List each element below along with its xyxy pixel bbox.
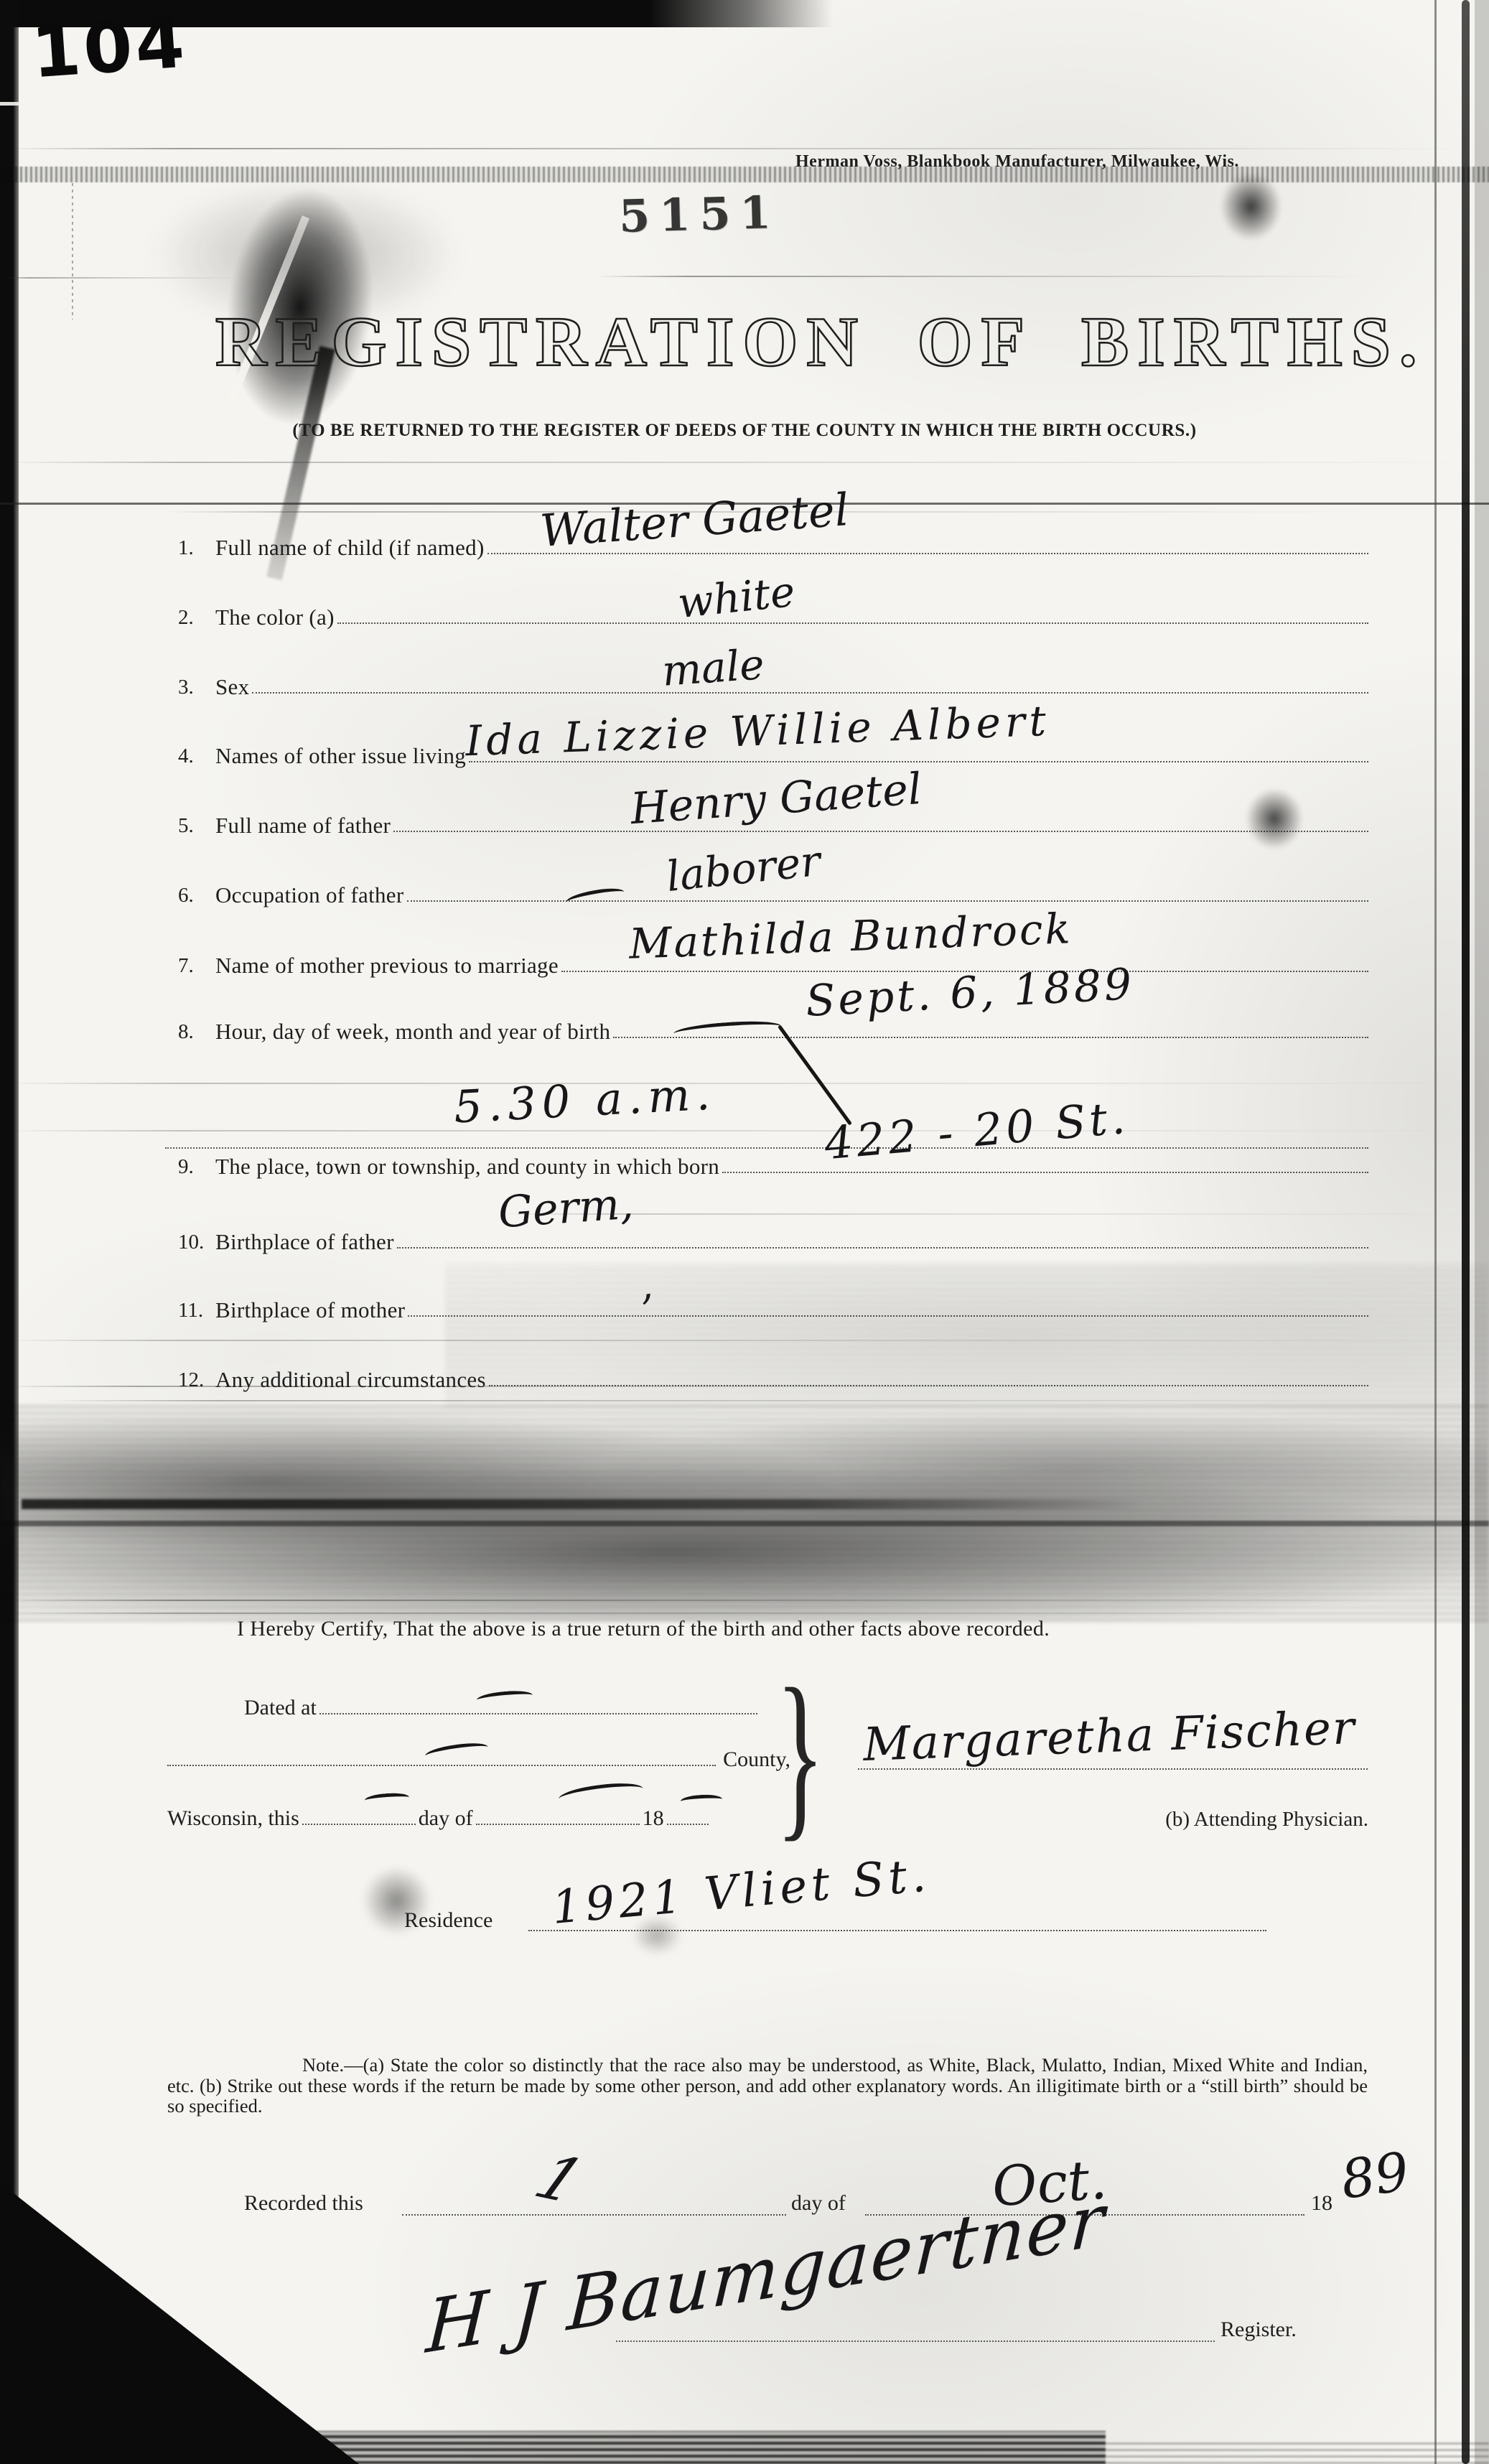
field-label: Birthplace of mother	[215, 1299, 405, 1321]
scan-streak	[0, 1083, 1489, 1084]
scan-streak	[0, 1613, 1489, 1614]
stain	[632, 1915, 682, 1955]
dotted-fill-line	[397, 1240, 1368, 1249]
stain	[1220, 172, 1282, 241]
dotted-margin-line	[72, 183, 73, 319]
field-label: Full name of father	[215, 814, 391, 836]
dotted-fill-line	[252, 685, 1368, 694]
printer-imprint: Herman Voss, Blankbook Manufacturer, Mil…	[795, 152, 1239, 172]
register-signature-line	[616, 2332, 1215, 2342]
scan-streak	[0, 1600, 1489, 1601]
certify-statement: I Hereby Certify, That the above is a tr…	[237, 1617, 1050, 1641]
field-label: Hour, day of week, month and year of bir…	[215, 1020, 610, 1042]
smudge-dark-streak	[22, 1499, 1142, 1509]
field-number: 6.	[178, 885, 215, 906]
note-paragraph: Note.—(a) State the color so distinctly …	[167, 2055, 1368, 2117]
form-number-stamp: 5151	[618, 186, 780, 243]
scan-bottom-streaks-light	[1106, 2440, 1489, 2464]
field-label: Sex	[215, 676, 249, 698]
entry-father-birthplace: Germ,	[497, 1179, 635, 1238]
field-number: 5.	[178, 816, 215, 836]
entry-birth-hour: 5.30 a.m.	[452, 1068, 717, 1134]
rule-under-stamp	[596, 276, 1371, 277]
scratch-line	[0, 102, 215, 106]
right-margin-rule	[1434, 0, 1437, 2464]
field-label: Full name of child (if named)	[215, 536, 485, 559]
field-number: 3.	[178, 677, 215, 698]
field-row-9: 9. The place, town or township, and coun…	[178, 1143, 1368, 1177]
header-rule	[0, 148, 1489, 149]
dotted-fill-line	[337, 615, 1368, 624]
return-instruction: (TO BE RETURNED TO THE REGISTER OF DEEDS…	[0, 421, 1489, 441]
entry-sex: male	[661, 640, 766, 696]
field-label: The place, town or township, and county …	[215, 1155, 719, 1177]
stain	[363, 1867, 431, 1935]
field-number: 1.	[178, 538, 215, 559]
recorded-day-of-label: day of	[791, 2191, 846, 2216]
dotted-fill-line	[476, 1816, 640, 1825]
brace-glyph: }	[776, 1661, 825, 1848]
rule-left-segment	[0, 277, 237, 279]
grain-wash	[445, 1264, 1489, 1407]
field-label: The color (a)	[215, 606, 335, 628]
day-of-label: day of	[419, 1808, 473, 1829]
field-label: Occupation of father	[215, 884, 404, 906]
field-number: 2.	[178, 607, 215, 628]
register-label: Register.	[1220, 2318, 1297, 2342]
stain	[1246, 788, 1303, 849]
recorded-year-prefix: 18	[1311, 2191, 1332, 2216]
field-label: Names of other issue living	[215, 745, 466, 767]
recorded-day-line	[402, 2206, 786, 2216]
year-prefix: 18	[643, 1808, 664, 1829]
recorded-year-value: 89	[1337, 2141, 1412, 2211]
page-number-stamp: 104	[29, 8, 190, 89]
scan-streak	[503, 1213, 1489, 1215]
document-title: REGISTRATION OF BIRTHS.	[215, 302, 1426, 383]
smudge-dark-streak	[0, 1521, 1489, 1526]
field-number: 10.	[178, 1232, 215, 1253]
field-row-3: 3. Sex	[178, 663, 1368, 698]
dotted-fill-line	[667, 1816, 709, 1825]
dotted-fill-line	[722, 1165, 1368, 1173]
field-number: 11.	[178, 1300, 215, 1321]
scan-streak	[0, 1130, 1489, 1131]
dated-at-label: Dated at	[244, 1697, 317, 1719]
scan-left-edge-band	[0, 0, 19, 2464]
field-label: Name of mother previous to marriage	[215, 954, 559, 976]
dotted-fill-line	[302, 1816, 416, 1825]
dotted-fill-line	[319, 1706, 757, 1714]
scan-corner-triangle	[0, 2183, 359, 2464]
recorded-this-label: Recorded this	[244, 2191, 363, 2216]
field-number: 4.	[178, 746, 215, 767]
field-number: 7.	[178, 956, 215, 976]
rule	[0, 462, 1489, 463]
field-row-10: 10. Birthplace of father	[178, 1218, 1368, 1253]
scanned-birth-registration-document: 104 Herman Voss, Blankbook Manufacturer,…	[0, 0, 1489, 2464]
dotted-fill-line	[393, 823, 1368, 832]
field-label: Birthplace of father	[215, 1231, 394, 1253]
right-edge-shade	[1475, 0, 1489, 2464]
state-label: Wisconsin, this	[167, 1808, 299, 1829]
right-binding-line	[1462, 0, 1470, 2464]
smudge-band	[0, 1406, 1489, 1621]
field-number: 9.	[178, 1157, 215, 1177]
physician-label: (b) Attending Physician.	[1034, 1808, 1368, 1831]
field-number: 8.	[178, 1022, 215, 1042]
field-number: 12.	[178, 1370, 215, 1391]
dotted-fill-line	[407, 893, 1369, 902]
